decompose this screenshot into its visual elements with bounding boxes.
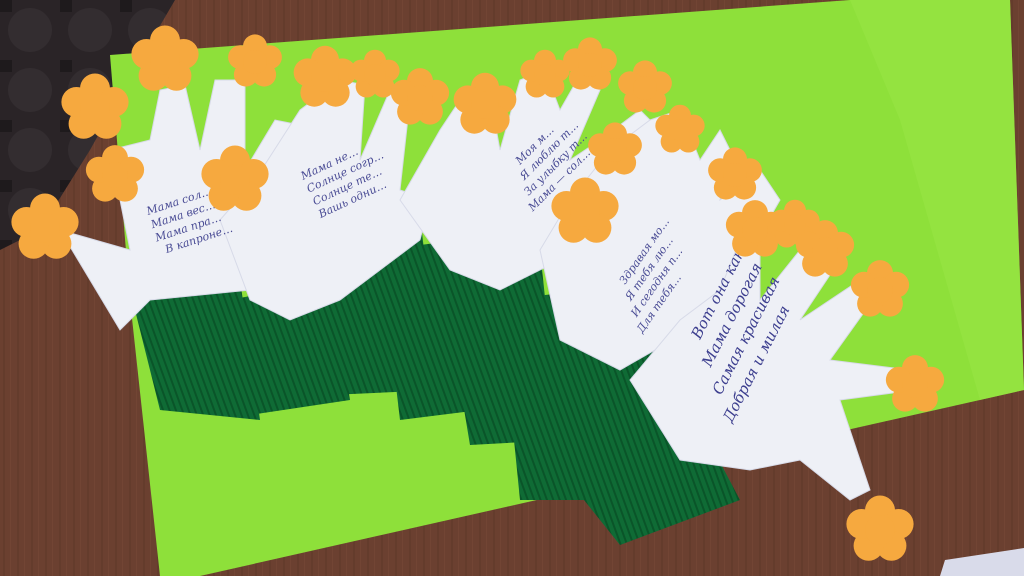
photo-scene: Вот она какая Мама дорогая Самая красива… — [0, 0, 1024, 576]
